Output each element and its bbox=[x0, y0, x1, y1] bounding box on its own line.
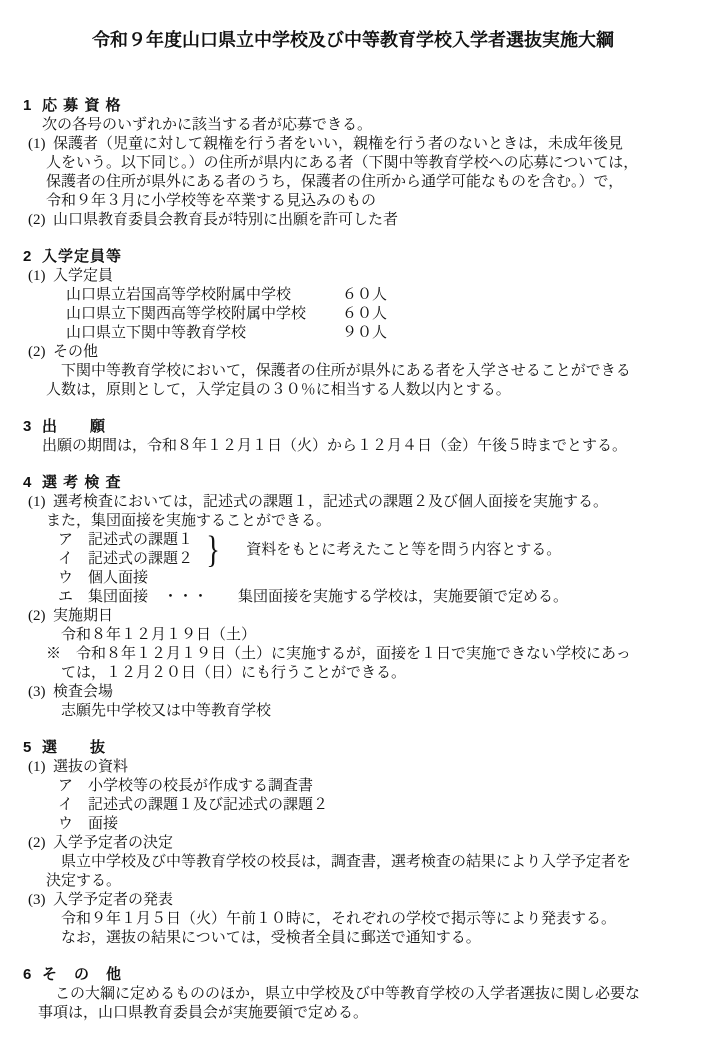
doc-line: エ 集団面接 ・・・ 集団面接を実施する学校は，実施要領で定める。 bbox=[0, 588, 706, 607]
doc-line: ※ 令和８年１２月１９日（土）に実施するが，面接を１日で実施できない学校にあっ bbox=[0, 645, 706, 664]
section-heading: 5選 抜 bbox=[0, 738, 706, 758]
section-heading: 1応 募 資 格 bbox=[0, 96, 706, 116]
capacity-value: ９０人 bbox=[342, 324, 387, 343]
section-title: 入学定員等 bbox=[42, 247, 122, 267]
doc-line: なお，選抜の結果については，受検者全員に郵送で通知する。 bbox=[0, 929, 706, 948]
section-heading: 6そ の 他 bbox=[0, 965, 706, 985]
section-number: 5 bbox=[23, 738, 42, 758]
doc-line: 人数は，原則として，入学定員の３０％に相当する人数以内とする。 bbox=[0, 381, 706, 400]
exam-subject-brace-group: ア 記述式の課題１イ 記述式の課題２}資料をもとに考えたこと等を問う内容とする。 bbox=[0, 531, 706, 569]
school-name: 山口県立下関西高等学校附属中学校 bbox=[66, 305, 342, 324]
doc-line: この大綱に定めるもののほか，県立中学校及び中等教育学校の入学者選抜に関し必要な bbox=[0, 985, 706, 1004]
school-name: 山口県立下関中等教育学校 bbox=[66, 324, 342, 343]
capacity-row: 山口県立下関西高等学校附属中学校６０人 bbox=[0, 305, 706, 324]
doc-line: 事項は，山口県教育委員会が実施要領で定める。 bbox=[0, 1004, 706, 1023]
doc-line: 保護者の住所が県外にある者のうち，保護者の住所から通学可能なものを含む。）で， bbox=[0, 173, 706, 192]
exam-subject-item: イ 記述式の課題２ bbox=[58, 550, 202, 569]
doc-line: 令和９年３月に小学校等を卒業する見込みのもの bbox=[0, 192, 706, 211]
doc-line: ア 小学校等の校長が作成する調査書 bbox=[0, 777, 706, 796]
document-page: 令和９年度山口県立中学校及び中等教育学校入学者選抜実施大綱 1応 募 資 格次の… bbox=[0, 0, 706, 1049]
section-title: 出 願 bbox=[42, 417, 106, 437]
section-heading: 4選 考 検 査 bbox=[0, 473, 706, 493]
doc-line: (1) 選抜の資料 bbox=[0, 758, 706, 777]
doc-line: ては，１２月２０日（日）にも行うことができる。 bbox=[0, 664, 706, 683]
section-heading: 3出 願 bbox=[0, 417, 706, 437]
section-heading: 2入学定員等 bbox=[0, 247, 706, 267]
section-3: 3出 願出願の期間は，令和８年１２月１日（火）から１２月４日（金）午後５時までと… bbox=[0, 417, 706, 456]
right-brace-icon: } bbox=[206, 531, 220, 569]
section-title: 選 考 検 査 bbox=[42, 473, 122, 493]
doc-line: (2) 実施期日 bbox=[0, 607, 706, 626]
doc-line: (3) 入学予定者の発表 bbox=[0, 891, 706, 910]
section-number: 4 bbox=[23, 473, 42, 493]
doc-line: (2) 入学予定者の決定 bbox=[0, 834, 706, 853]
doc-line: また，集団面接を実施することができる。 bbox=[0, 512, 706, 531]
section-4: 4選 考 検 査(1) 選考検査においては，記述式の課題１，記述式の課題２及び個… bbox=[0, 473, 706, 721]
doc-line: (1) 入学定員 bbox=[0, 267, 706, 286]
brace-note: 資料をもとに考えたこと等を問う内容とする。 bbox=[246, 541, 561, 560]
document-sections: 1応 募 資 格次の各号のいずれかに該当する者が応募できる。(1) 保護者（児童… bbox=[0, 96, 706, 1023]
doc-line: 出願の期間は，令和８年１２月１日（火）から１２月４日（金）午後５時までとする。 bbox=[0, 437, 706, 456]
doc-line: 志願先中学校又は中等教育学校 bbox=[0, 702, 706, 721]
doc-line: 県立中学校及び中等教育学校の校長は，調査書，選考検査の結果により入学予定者を bbox=[0, 853, 706, 872]
doc-line: ウ 面接 bbox=[0, 815, 706, 834]
section-title: 選 抜 bbox=[42, 738, 106, 758]
section-5: 5選 抜(1) 選抜の資料ア 小学校等の校長が作成する調査書イ 記述式の課題１及… bbox=[0, 738, 706, 948]
doc-line: (3) 検査会場 bbox=[0, 683, 706, 702]
doc-line: 人をいう。以下同じ。）の住所が県内にある者（下関中等教育学校への応募については， bbox=[0, 154, 706, 173]
section-number: 2 bbox=[23, 247, 42, 267]
doc-line: (2) その他 bbox=[0, 343, 706, 362]
doc-line: 令和９年１月５日（火）午前１０時に，それぞれの学校で掲示等により発表する。 bbox=[0, 910, 706, 929]
doc-line: イ 記述式の課題１及び記述式の課題２ bbox=[0, 796, 706, 815]
exam-subject-item: ア 記述式の課題１ bbox=[58, 531, 202, 550]
capacity-value: ６０人 bbox=[342, 286, 387, 305]
section-number: 3 bbox=[23, 417, 42, 437]
section-title: 応 募 資 格 bbox=[42, 96, 122, 116]
doc-line: 次の各号のいずれかに該当する者が応募できる。 bbox=[0, 116, 706, 135]
section-2: 2入学定員等(1) 入学定員山口県立岩国高等学校附属中学校６０人山口県立下関西高… bbox=[0, 247, 706, 400]
doc-title: 令和９年度山口県立中学校及び中等教育学校入学者選抜実施大綱 bbox=[0, 30, 706, 50]
capacity-row: 山口県立岩国高等学校附属中学校６０人 bbox=[0, 286, 706, 305]
capacity-value: ６０人 bbox=[342, 305, 387, 324]
school-name: 山口県立岩国高等学校附属中学校 bbox=[66, 286, 342, 305]
capacity-row: 山口県立下関中等教育学校９０人 bbox=[0, 324, 706, 343]
doc-line: 決定する。 bbox=[0, 872, 706, 891]
section-number: 6 bbox=[23, 965, 42, 985]
section-title: そ の 他 bbox=[42, 965, 122, 985]
doc-line: (2) 山口県教育委員会教育長が特別に出願を許可した者 bbox=[0, 211, 706, 230]
doc-line: ウ 個人面接 bbox=[0, 569, 706, 588]
section-number: 1 bbox=[23, 96, 42, 116]
section-6: 6そ の 他この大綱に定めるもののほか，県立中学校及び中等教育学校の入学者選抜に… bbox=[0, 965, 706, 1023]
doc-line: 下関中等教育学校において，保護者の住所が県外にある者を入学させることができる bbox=[0, 362, 706, 381]
doc-line: 令和８年１２月１９日（土） bbox=[0, 626, 706, 645]
section-1: 1応 募 資 格次の各号のいずれかに該当する者が応募できる。(1) 保護者（児童… bbox=[0, 96, 706, 230]
doc-line: (1) 選考検査においては，記述式の課題１，記述式の課題２及び個人面接を実施する… bbox=[0, 493, 706, 512]
doc-line: (1) 保護者（児童に対して親権を行う者をいい，親権を行う者のないときは，未成年… bbox=[0, 135, 706, 154]
exam-subject-list: ア 記述式の課題１イ 記述式の課題２ bbox=[58, 531, 202, 569]
